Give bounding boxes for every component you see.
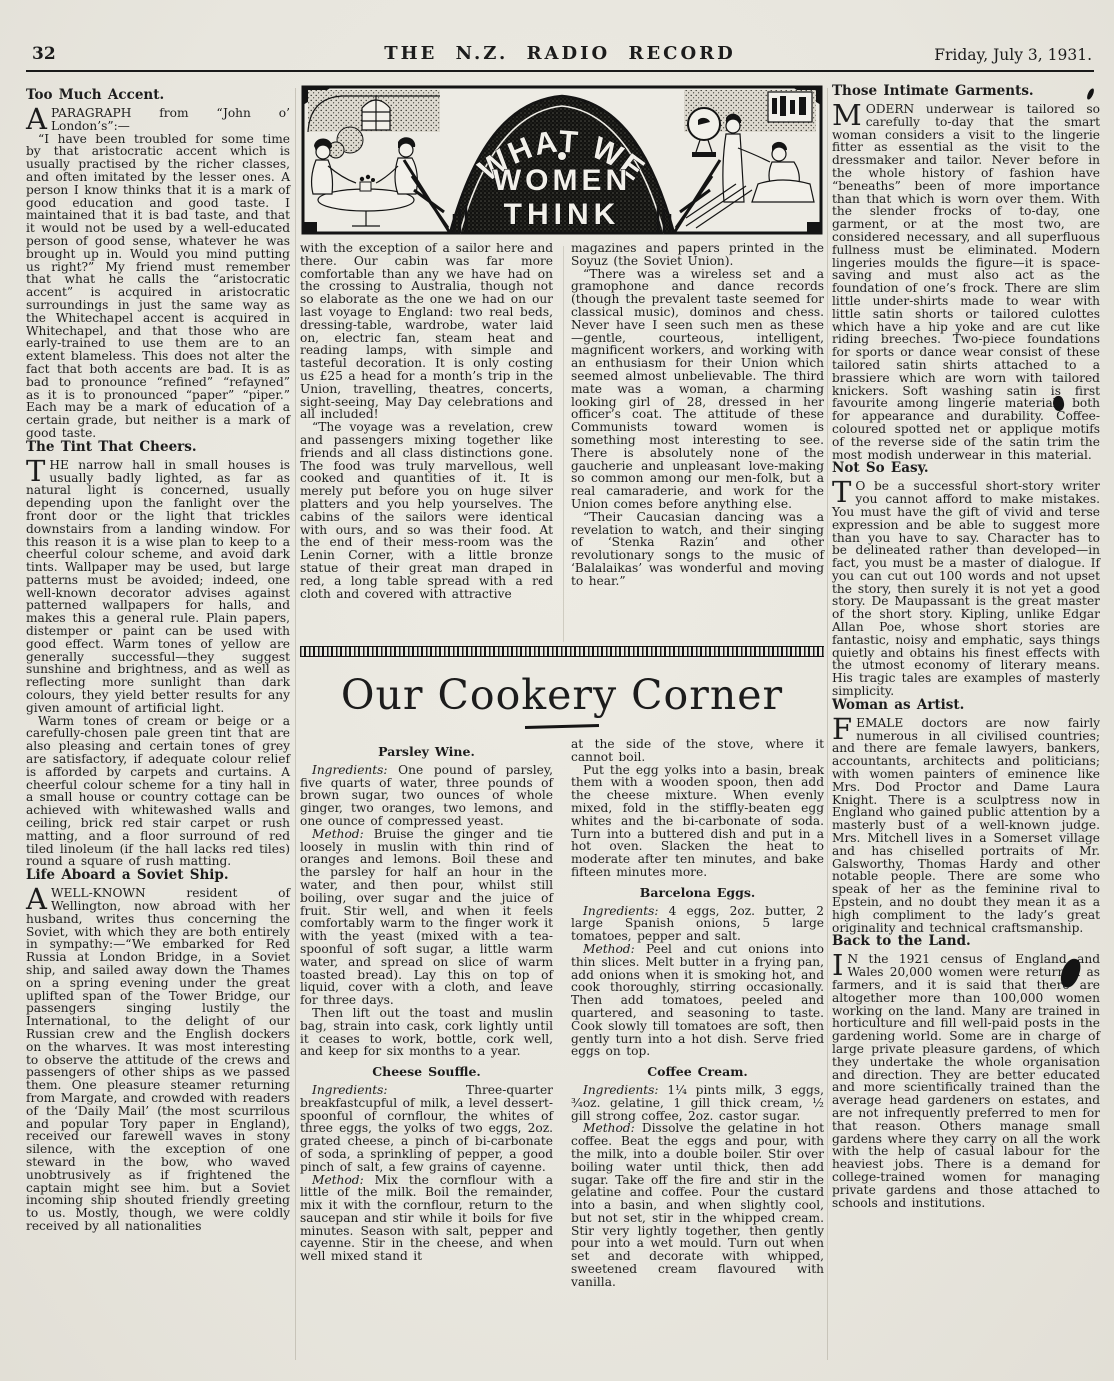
paragraph-text: HE narrow hall in small houses is usuall… bbox=[26, 458, 290, 715]
paragraph: “The voyage was a revelation, crew and p… bbox=[300, 421, 553, 600]
article-heading: The Tint That Cheers. bbox=[26, 440, 290, 455]
what-we-women-think-banner: WHAT WE WOMEN THINK bbox=[300, 84, 824, 236]
paragraph: Put the egg yolks into a basin, break th… bbox=[571, 764, 824, 879]
paragraph: at the side of the stove, where it canno… bbox=[571, 738, 824, 764]
banner-line3: THINK bbox=[504, 198, 621, 231]
recipe-method: Method: Mix the cornflour with a little … bbox=[300, 1174, 553, 1264]
page-header: 32 THE N.Z. RADIO RECORD Friday, July 3,… bbox=[26, 28, 1094, 72]
method-text: Bruise the ginger and tie loosely in mus… bbox=[300, 827, 553, 1007]
recipe-method: Method: Dissolve the gelatine in hot cof… bbox=[571, 1122, 824, 1288]
left-column: Too Much Accent. APARAGRAPH from “John o… bbox=[26, 88, 290, 1233]
woman-seated bbox=[772, 147, 786, 161]
drop-cap: I bbox=[832, 953, 847, 977]
recipe-ingredients: Ingredients: Three-quarter breakfastcupf… bbox=[300, 1084, 553, 1174]
mirror bbox=[688, 108, 720, 140]
cookery-column-1: Parsley Wine. Ingredients: One pound of … bbox=[300, 738, 553, 1289]
article-not-so-easy: Not So Easy. TO be a successful short-st… bbox=[832, 461, 1100, 698]
paragraph-text: N the 1921 census of England and Wales 2… bbox=[832, 952, 1100, 1209]
right-column: Those Intimate Garments. MODERN underwea… bbox=[832, 84, 1100, 1209]
article-too-much-accent: Too Much Accent. APARAGRAPH from “John o… bbox=[26, 88, 290, 440]
article-heading: Too Much Accent. bbox=[26, 88, 290, 103]
paragraph: “I have been troubled for some time by t… bbox=[26, 133, 290, 440]
banner-dot bbox=[558, 152, 567, 161]
woman-standing bbox=[726, 119, 740, 133]
cookery-corner: Parsley Wine. Ingredients: One pound of … bbox=[300, 738, 824, 1289]
method-text: Peel and cut onions into thin slices. Me… bbox=[571, 942, 824, 1058]
recipe-ingredients: Ingredients: One pound of parsley, five … bbox=[300, 764, 553, 828]
paragraph: APARAGRAPH from “John o’ London’s”:— bbox=[26, 107, 290, 133]
woman-seated-right bbox=[399, 143, 413, 157]
method-text: Dissolve the gelatine in hot coffee. Bea… bbox=[571, 1121, 824, 1289]
paragraph: “There was a wireless set and a gramopho… bbox=[571, 268, 824, 511]
paragraph: “Their Caucasian dancing was a revelatio… bbox=[571, 511, 824, 588]
article-heading: Back to the Land. bbox=[832, 934, 1100, 949]
paragraph-text: O be a successful short-story writer you… bbox=[832, 479, 1100, 698]
article-heading: Woman as Artist. bbox=[832, 698, 1100, 713]
recipe-heading: Coffee Cream. bbox=[571, 1066, 824, 1079]
cookery-title-underline bbox=[525, 724, 599, 729]
recipe-ingredients: Ingredients: 4 eggs, 2oz. butter, 2 larg… bbox=[571, 905, 824, 943]
column-rule-right bbox=[827, 88, 828, 1360]
banner-line2: WOMEN bbox=[493, 164, 631, 197]
article-heading: Life Aboard a Soviet Ship. bbox=[26, 868, 290, 883]
decorative-tick-rule bbox=[300, 646, 824, 657]
paragraph-text: EMALE doctors are now fairly numerous in… bbox=[832, 716, 1100, 935]
middle-band: WHAT WE WOMEN THINK with the exception o… bbox=[300, 84, 824, 1289]
article-heading: Not So Easy. bbox=[832, 461, 1100, 476]
recipe-heading: Cheese Souffle. bbox=[300, 1066, 553, 1079]
paragraph: Then lift out the toast and muslin bag, … bbox=[300, 1007, 553, 1058]
middle-column-2: magazines and papers printed in the Soyu… bbox=[571, 242, 824, 642]
paragraph: with the exception of a sailor here and … bbox=[300, 242, 553, 421]
paragraph: AWELL-KNOWN resident of Wellington, now … bbox=[26, 887, 290, 1233]
soviet-ship-continuation: with the exception of a sailor here and … bbox=[300, 242, 824, 642]
recipe-method: Method: Bruise the ginger and tie loosel… bbox=[300, 828, 553, 1007]
cookery-corner-title: Our Cookery Corner bbox=[300, 673, 824, 717]
issue-date: Friday, July 3, 1931. bbox=[934, 46, 1092, 64]
drop-cap: M bbox=[832, 103, 866, 127]
recipe-ingredients: Ingredients: 1¼ pints milk, 3 eggs, ¾oz.… bbox=[571, 1084, 824, 1122]
paragraph: TO be a successful short-story writer yo… bbox=[832, 480, 1100, 698]
paragraph: Warm tones of cream or beige or a carefu… bbox=[26, 715, 290, 869]
recipe-heading: Barcelona Eggs. bbox=[571, 887, 824, 900]
article-life-aboard-a-soviet-ship: Life Aboard a Soviet Ship. AWELL-KNOWN r… bbox=[26, 868, 290, 1233]
chaise bbox=[752, 180, 814, 202]
drop-cap: A bbox=[26, 887, 51, 911]
drop-cap: F bbox=[832, 717, 856, 741]
middle-column-1: with the exception of a sailor here and … bbox=[300, 242, 553, 642]
ingredients-text: Three-quarter breakfastcupful of milk, a… bbox=[300, 1083, 553, 1174]
cookery-column-2: at the side of the stove, where it canno… bbox=[571, 738, 824, 1289]
recipe-method: Method: Peel and cut onions into thin sl… bbox=[571, 943, 824, 1058]
paragraph-text: WELL-KNOWN resident of Wellington, now a… bbox=[26, 886, 290, 1233]
drop-cap: A bbox=[26, 107, 51, 131]
paragraph: IN the 1921 census of England and Wales … bbox=[832, 953, 1100, 1209]
method-text: Mix the cornflour with a little of the m… bbox=[300, 1173, 553, 1264]
recipe-heading: Parsley Wine. bbox=[300, 746, 553, 759]
paragraph: THE narrow hall in small houses is usual… bbox=[26, 459, 290, 715]
drop-cap: T bbox=[832, 480, 855, 504]
drop-cap: T bbox=[26, 459, 49, 483]
column-rule-left bbox=[295, 88, 296, 1360]
article-the-tint-that-cheers: The Tint That Cheers. THE narrow hall in… bbox=[26, 440, 290, 869]
article-heading: Those Intimate Garments. bbox=[832, 84, 1100, 99]
paragraph: magazines and papers printed in the Soyu… bbox=[571, 242, 824, 268]
article-woman-as-artist: Woman as Artist. FEMALE doctors are now … bbox=[832, 698, 1100, 935]
paragraph: FEMALE doctors are now fairly numerous i… bbox=[832, 717, 1100, 935]
paragraph-text: PARAGRAPH from “John o’ London’s”:— bbox=[51, 106, 290, 133]
newspaper-page: 32 THE N.Z. RADIO RECORD Friday, July 3,… bbox=[0, 0, 1114, 1381]
woman-seated-left bbox=[316, 145, 330, 159]
